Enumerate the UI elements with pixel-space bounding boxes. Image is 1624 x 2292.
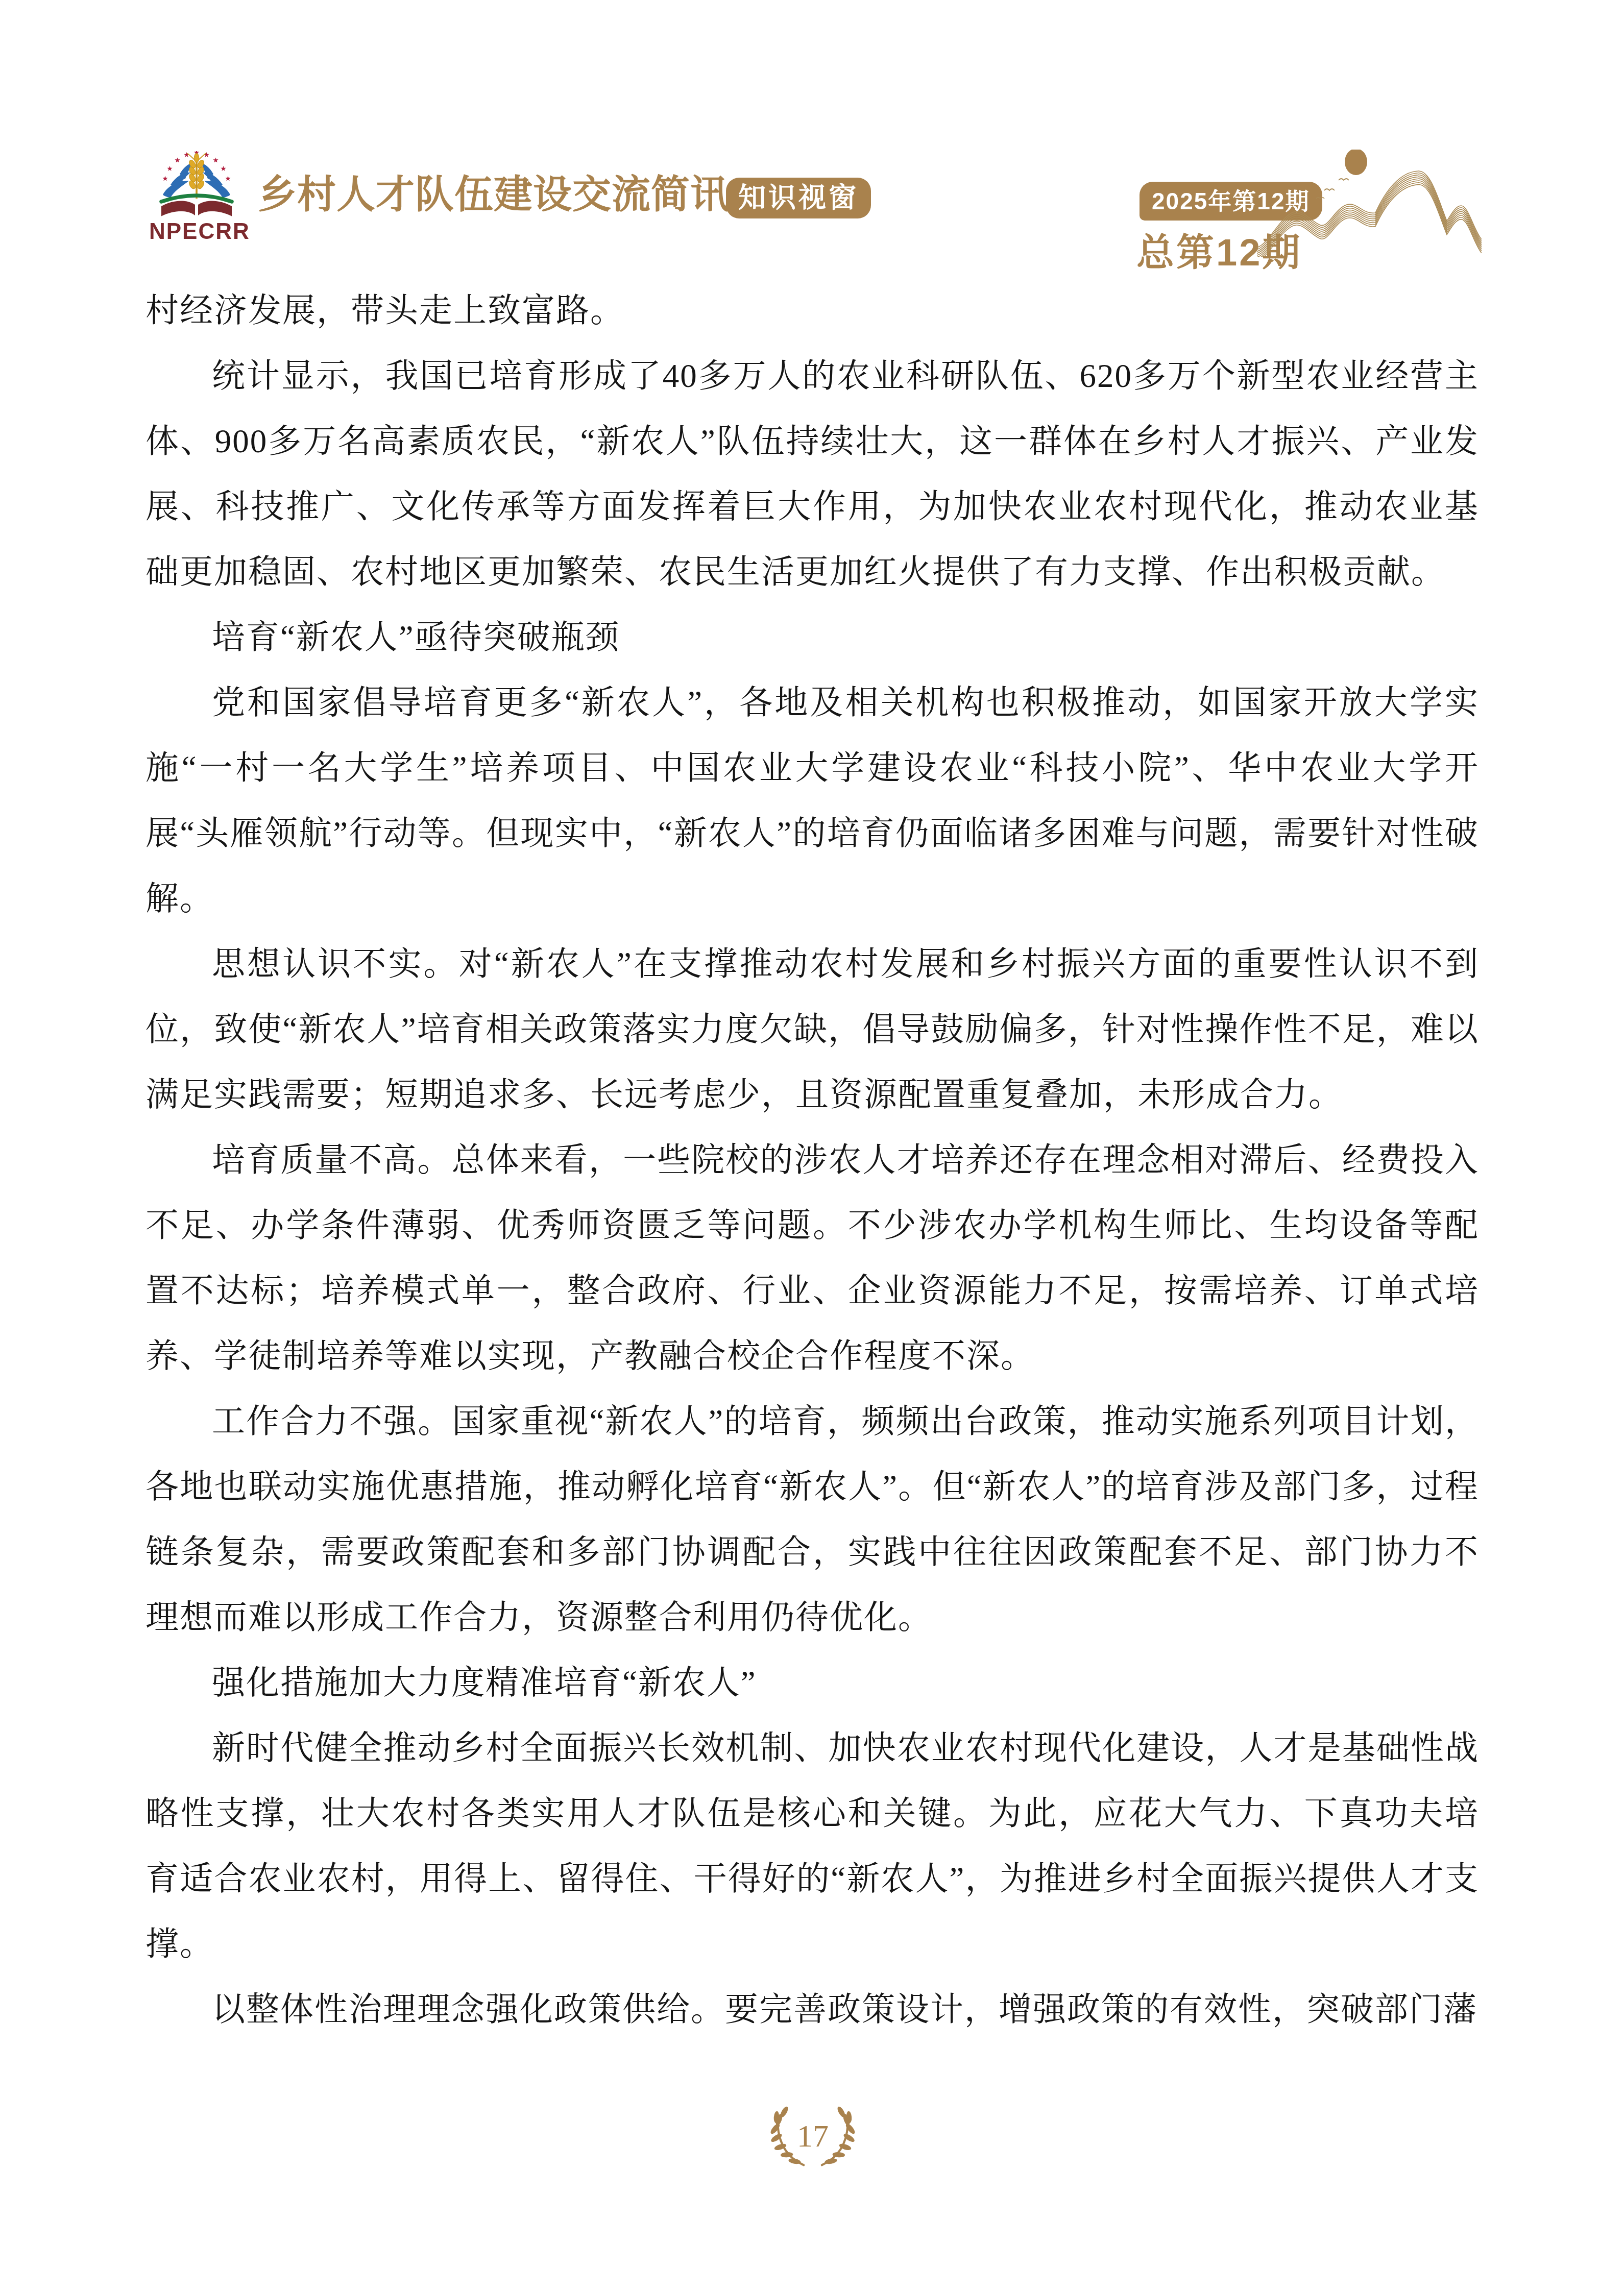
mountain-sun-decoration-icon — [1257, 150, 1482, 257]
wheat-book-logo-icon — [152, 151, 244, 217]
newsletter-title: 乡村人才队伍建设交流简讯 — [258, 172, 730, 218]
paragraph: 工作合力不强。国家重视“新农人”的培育，频频出台政策，推动实施系列项目计划，各地… — [146, 1389, 1479, 1650]
paragraph: 思想认识不实。对“新农人”在支撑推动农村发展和乡村振兴方面的重要性认识不到位，致… — [146, 932, 1479, 1128]
logo-acronym: NPECRR — [149, 219, 247, 245]
article-body: 村经济发展，带头走上致富路。统计显示，我国已培育形成了40多万人的农业科研队伍、… — [146, 278, 1479, 2042]
paragraph: 党和国家倡导培育更多“新农人”，各地及相关机构也积极推动，如国家开放大学实施“一… — [146, 670, 1479, 932]
knowledge-window-badge: 知识视窗 — [726, 178, 871, 218]
paragraph: 村经济发展，带头走上致富路。 — [146, 278, 1479, 344]
paragraph: 统计显示，我国已培育形成了40多万人的农业科研队伍、620多万个新型农业经营主体… — [146, 344, 1479, 605]
npecrr-logo: NPECRR — [149, 151, 247, 245]
newsletter-page: NPECRR 乡村人才队伍建设交流简讯 知识视窗 2025年第12期 总第12期… — [0, 0, 1624, 2292]
paragraph: 以整体性治理理念强化政策供给。要完善政策设计，增强政策的有效性，突破部门藩 — [146, 1977, 1479, 2042]
section-heading: 强化措施加大力度精准培育“新农人” — [146, 1650, 1479, 1716]
page-number: 17 — [767, 2118, 858, 2155]
paragraph: 培育质量不高。总体来看，一些院校的涉农人才培养还存在理念相对滞后、经费投入不足、… — [146, 1128, 1479, 1389]
paragraph: 新时代健全推动乡村全面振兴长效机制、加快农业农村现代化建设，人才是基础性战略性支… — [146, 1716, 1479, 1977]
section-heading: 培育“新农人”亟待突破瓶颈 — [146, 605, 1479, 670]
